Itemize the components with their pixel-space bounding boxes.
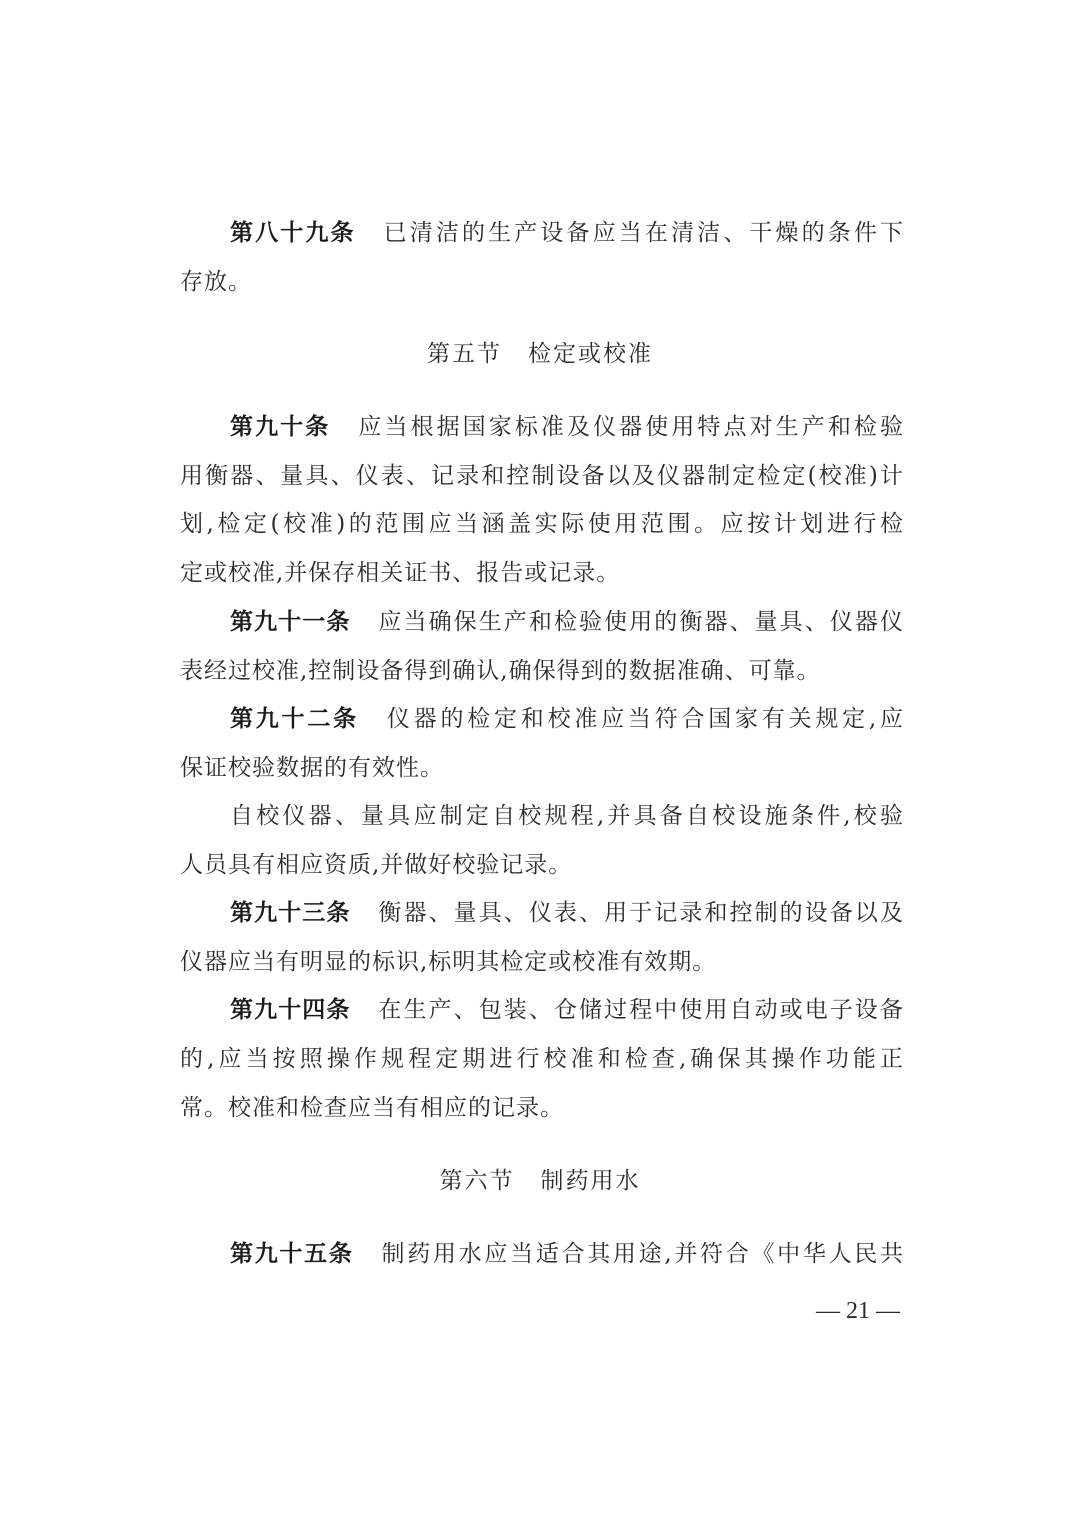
article-number: 第八十九条 [230,220,356,246]
document-page: 第八十九条已清洁的生产设备应当在清洁、干燥的条件下 存放。 第五节检定或校准 第… [0,0,1080,1529]
article-95-line-1: 第九十五条制药用水应当适合其用途,并符合《中华人民共 [230,1230,904,1278]
article-number: 第九十四条 [230,997,350,1023]
article-94-line-1: 第九十四条在生产、包装、仓储过程中使用自动或电子设备 [230,986,904,1034]
article-90-line-2: 用衡器、量具、仪表、记录和控制设备以及仪器制定检定(校准)计 [180,452,904,500]
section-heading-5: 第五节检定或校准 [0,330,1080,378]
article-92-line-2: 保证校验数据的有效性。 [180,744,904,792]
article-93-line-1: 第九十三条衡器、量具、仪表、用于记录和控制的设备以及 [230,889,904,937]
article-93-line-2: 仪器应当有明显的标识,标明其检定或校准有效期。 [180,938,904,986]
article-number: 第九十二条 [230,706,359,732]
article-number: 第九十三条 [230,900,350,926]
article-91-line-1: 第九十一条应当确保生产和检验使用的衡器、量具、仪器仪 [230,598,904,646]
article-90-line-1: 第九十条应当根据国家标准及仪器使用特点对生产和检验 [230,403,904,451]
section-heading-6: 第六节制药用水 [0,1157,1080,1205]
page-number: — 21 — [800,1291,900,1331]
article-94-line-3: 常。校准和检查应当有相应的记录。 [180,1084,904,1132]
article-89-line-2: 存放。 [180,258,904,306]
article-90-line-4: 定或校准,并保存相关证书、报告或记录。 [180,549,904,597]
article-92-para2-line-2: 人员具有相应资质,并做好校验记录。 [180,841,904,889]
article-number: 第九十条 [230,414,330,440]
article-number: 第九十一条 [230,609,350,635]
article-89-line-1: 第八十九条已清洁的生产设备应当在清洁、干燥的条件下 [230,209,904,257]
article-number: 第九十五条 [230,1241,354,1267]
article-92-line-1: 第九十二条仪器的检定和校准应当符合国家有关规定,应 [230,695,904,743]
article-90-line-3: 划,检定(校准)的范围应当涵盖实际使用范围。应按计划进行检 [180,500,904,548]
article-91-line-2: 表经过校准,控制设备得到确认,确保得到的数据准确、可靠。 [180,647,904,695]
article-92-para2-line-1: 自校仪器、量具应制定自校规程,并具备自校设施条件,校验 [230,792,904,840]
article-94-line-2: 的,应当按照操作规程定期进行校准和检查,确保其操作功能正 [180,1035,904,1083]
